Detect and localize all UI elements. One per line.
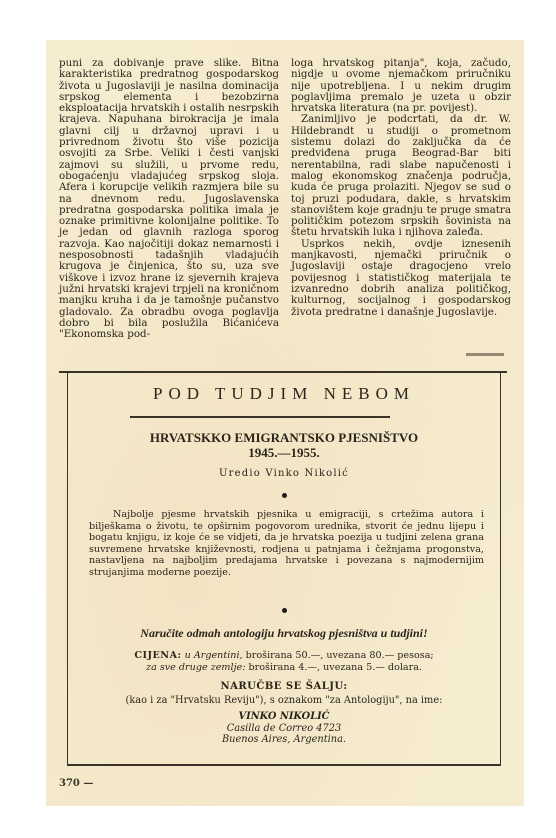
advert-editor: Uredio Vinko Nikolić (68, 468, 500, 479)
article-right-column: loga hrvatskog pitanja", koja, začudo, n… (291, 58, 511, 318)
subtitle-line: HRVATSKKO EMIGRANTSKO PJESNIŠTVO (68, 430, 500, 445)
mailing-address: VINKO NIKOLIĆ Casilla de Correo 4723 Bue… (68, 711, 500, 746)
page-number: 370 — (59, 778, 93, 789)
advert-subtitle: HRVATSKKO EMIGRANTSKO PJESNIŠTVO 1945.—1… (68, 430, 500, 460)
scanned-page: puni za dobivanje prave slike. Bitna kar… (46, 40, 524, 806)
bullet-icon (282, 493, 287, 498)
article-paragraph: puni za dobivanje prave slike. Bitna kar… (59, 58, 279, 340)
advertisement-box: POD TUDJIM NEBOM HRVATSKKO EMIGRANTSKO P… (67, 372, 501, 766)
title-underline (130, 416, 390, 418)
price-line-2: za sve druge zemlje: broširana 4.—, uvez… (68, 662, 500, 674)
article-paragraph: Zanimljivo je podcrtati, da dr. W. Hilde… (291, 114, 511, 238)
article-end-mark (466, 353, 504, 356)
price-line-1: CIJENA: u Argentini, broširana 50.—, uve… (68, 650, 500, 662)
address-name: VINKO NIKOLIĆ (68, 711, 500, 723)
address-line: Buenos Aires, Argentina. (68, 734, 500, 746)
bullet-icon (282, 608, 287, 613)
advert-title: POD TUDJIM NEBOM (68, 384, 500, 404)
price-label: CIJENA: (134, 650, 181, 661)
subtitle-years: 1945.—1955. (68, 445, 500, 460)
price-info: CIJENA: u Argentini, broširana 50.—, uve… (68, 650, 500, 674)
price-region: u Argentini, (185, 650, 243, 661)
article-left-column: puni za dobivanje prave slike. Bitna kar… (59, 58, 279, 340)
price-values: broširana 50.—, uvezana 80.— pesosa; (246, 650, 434, 661)
order-call: Naručite odmah antologiju hrvatskog pjes… (68, 626, 500, 641)
article-paragraph: Usprkos nekih, ovdje iznesenih manjkavos… (291, 239, 511, 318)
advert-blurb: Najbolje pjesme hrvatskih pjesnika u emi… (89, 509, 484, 579)
price-region: za sve druge zemlje: (146, 662, 245, 673)
send-heading: NARUČBE SE ŠALJU: (68, 681, 500, 692)
send-note: (kao i za "Hrvatsku Reviju"), s oznakom … (68, 695, 500, 706)
price-values: broširana 4.—, uvezana 5.— dolara. (249, 662, 422, 673)
address-line: Casilla de Correo 4723 (68, 723, 500, 735)
article-paragraph: loga hrvatskog pitanja", koja, začudo, n… (291, 58, 511, 114)
